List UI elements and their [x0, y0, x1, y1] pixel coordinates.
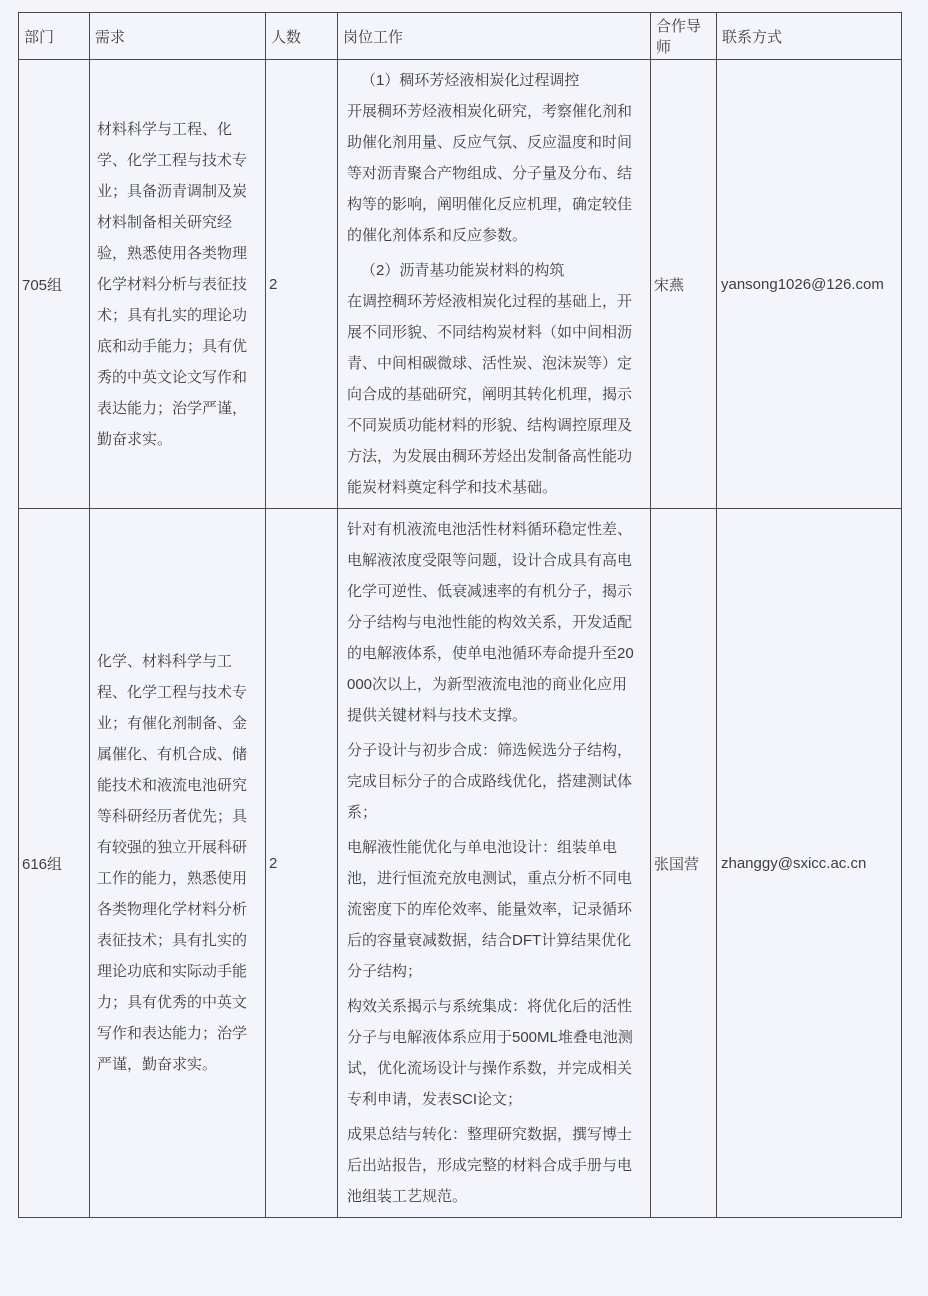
col-header-department: 部门: [19, 13, 90, 60]
col-header-duties: 岗位工作: [338, 13, 651, 60]
recruitment-table: 部门 需求 人数 岗位工作 合作导师 联系方式 705组 材料科学与工程、化学、…: [18, 12, 902, 1218]
duty-paragraph: 构效关系揭示与系统集成：将优化后的活性分子与电解液体系应用于500ML堆叠电池测…: [347, 991, 641, 1115]
duties-cell: 针对有机液流电池活性材料循环稳定性差、电解液浓度受限等问题，设计合成具有高电化学…: [338, 509, 651, 1218]
table-row-616: 616组 化学、材料科学与工程、化学工程与技术专业；有催化剂制备、金属催化、有机…: [19, 509, 902, 1218]
contact-email: yansong1026@126.com: [717, 60, 902, 509]
table-row-705: 705组 材料科学与工程、化学、化学工程与技术专业；具备沥青调制及炭材料制备相关…: [19, 60, 902, 509]
duty-paragraph: 电解液性能优化与单电池设计：组装单电池，进行恒流充放电测试，重点分析不同电流密度…: [347, 832, 641, 987]
duty-paragraph: （2）沥青基功能炭材料的构筑: [347, 255, 641, 286]
duty-paragraph: 成果总结与转化：整理研究数据，撰写博士后出站报告，形成完整的材料合成手册与电池组…: [347, 1119, 641, 1212]
contact-email: zhanggy@sxicc.ac.cn: [717, 509, 902, 1218]
header-row: 部门 需求 人数 岗位工作 合作导师 联系方式: [19, 13, 902, 60]
duty-paragraph: 开展稠环芳烃液相炭化研究，考察催化剂和助催化剂用量、反应气氛、反应温度和时间等对…: [347, 96, 641, 251]
duty-paragraph: 针对有机液流电池活性材料循环稳定性差、电解液浓度受限等问题，设计合成具有高电化学…: [347, 514, 641, 731]
duties-cell: （1）稠环芳烃液相炭化过程调控 开展稠环芳烃液相炭化研究，考察催化剂和助催化剂用…: [338, 60, 651, 509]
duty-paragraph: 分子设计与初步合成：筛选候选分子结构，完成目标分子的合成路线优化，搭建测试体系；: [347, 735, 641, 828]
headcount-cell: 2: [266, 60, 338, 509]
col-header-requirements: 需求: [90, 13, 266, 60]
headcount-cell: 2: [266, 509, 338, 1218]
requirements-cell: 材料科学与工程、化学、化学工程与技术专业；具备沥青调制及炭材料制备相关研究经验，…: [90, 60, 266, 509]
duty-paragraph: 在调控稠环芳烃液相炭化过程的基础上，开展不同形貌、不同结构炭材料（如中间相沥青、…: [347, 286, 641, 503]
mentor-cell: 张国营: [651, 509, 717, 1218]
mentor-cell: 宋燕: [651, 60, 717, 509]
requirements-cell: 化学、材料科学与工程、化学工程与技术专业；有催化剂制备、金属催化、有机合成、储能…: [90, 509, 266, 1218]
col-header-headcount: 人数: [266, 13, 338, 60]
col-header-mentor: 合作导师: [651, 13, 717, 60]
col-header-contact: 联系方式: [717, 13, 902, 60]
department-cell: 705组: [19, 60, 90, 509]
department-cell: 616组: [19, 509, 90, 1218]
duty-paragraph: （1）稠环芳烃液相炭化过程调控: [347, 65, 641, 96]
